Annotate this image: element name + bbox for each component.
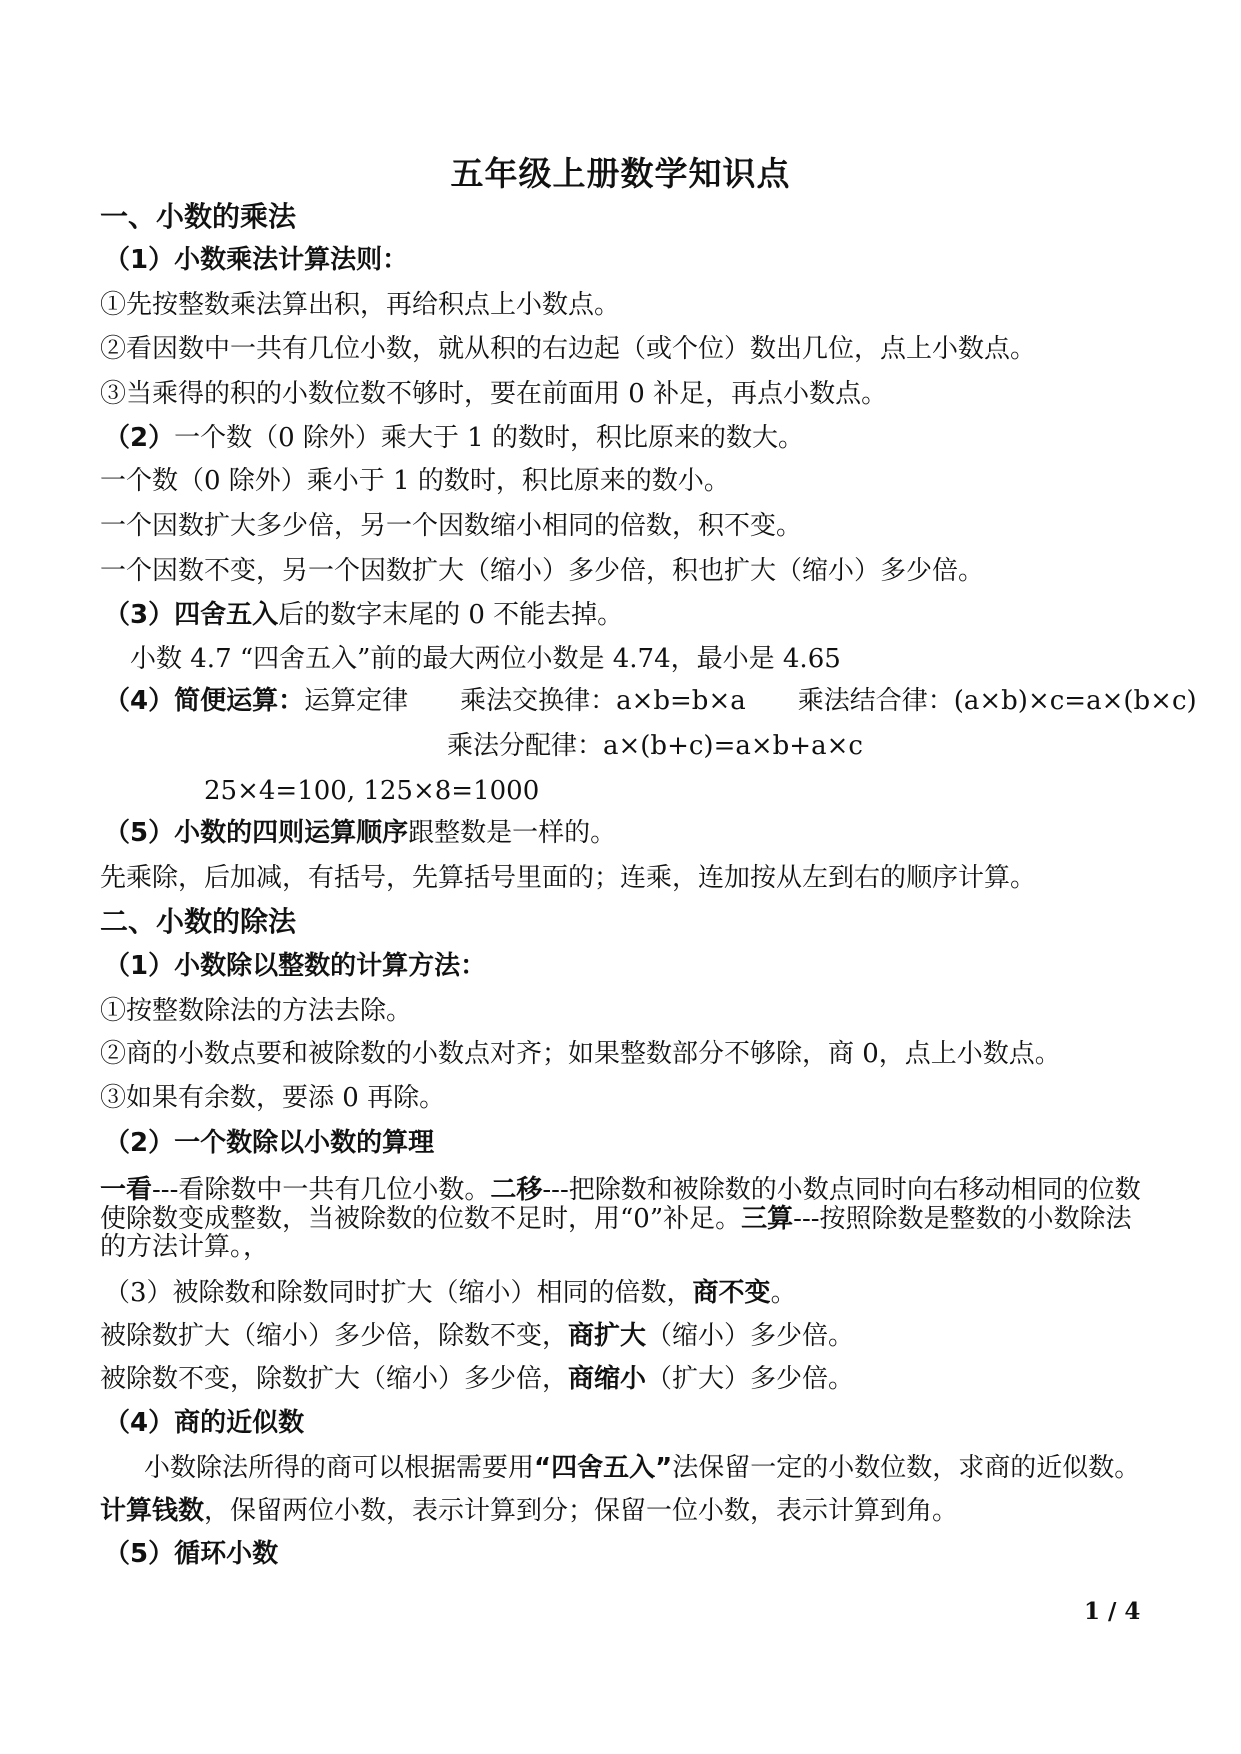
para-text: ---按照除数是整数的小数除法 (793, 1204, 1131, 1234)
rule-multiply-step-1: ①先按整数乘法算出积，再给积点上小数点。 (100, 291, 620, 321)
rule-multiply-step-3: ③当乘得的积的小数位数不够时，要在前面用 0 补足，再点小数点。 (100, 380, 887, 410)
rule-text: 被除数不变，除数扩大（缩小）多少倍， (100, 1364, 568, 1394)
formula-text: 乘法分配律：a×(b+c)=a×b+a×c (447, 731, 863, 761)
rule-text: 小数除法所得的商可以根据需要用 (144, 1453, 534, 1483)
rule-multiply-lt1: 一个数（0 除外）乘小于 1 的数时，积比原来的数小。 (100, 467, 730, 497)
rule-text: 一个数（0 除外）乘大于 1 的数时，积比原来的数大。 (174, 423, 804, 453)
rule-bold: 商扩大 (568, 1321, 646, 1351)
keyword-look: 一看 (100, 1175, 152, 1205)
para-text: ---把除数和被除数的小数点同时向右移动相同的位数 (542, 1175, 1140, 1205)
rule-text: ②看因数中一共有几位小数，就从积的右边起（或个位）数出几位，点上小数点。 (100, 334, 1036, 364)
rule-money-calculation: 计算钱数，保留两位小数，表示计算到分；保留一位小数，表示计算到角。 (100, 1497, 958, 1527)
rule-multiply-step-2: ②看因数中一共有几位小数，就从积的右边起（或个位）数出几位，点上小数点。 (100, 335, 1036, 365)
rule-bold: 商不变 (693, 1278, 771, 1308)
rule-number: （2） (104, 423, 174, 453)
rule-quotient-shrink: 被除数不变，除数扩大（缩小）多少倍，商缩小（扩大）多少倍。 (100, 1365, 854, 1395)
section-2-header: 二、小数的除法 (100, 906, 296, 938)
example-text: 小数 4.7 “四舍五入”前的最大两位小数是 4.74，最小是 4.65 (130, 644, 841, 674)
rule-text: 后的数字末尾的 0 不能去掉。 (278, 600, 623, 630)
rule-text: 跟整数是一样的。 (408, 818, 616, 848)
heading-approximate-quotient: （4）商的近似数 (104, 1409, 304, 1439)
heading-multiply-rule: （1）小数乘法计算法则： (104, 246, 408, 276)
heading-repeating-decimal: （5）循环小数 (104, 1540, 278, 1570)
formula-text: 25×4=100, 125×8=1000 (204, 776, 539, 806)
rule-laws-text: 运算定律 乘法交换律：a×b=b×a 乘法结合律：(a×b)×c=a×(b×c) (304, 686, 1197, 716)
para-text: 使除数变成整数，当被除数的位数不足时，用“0”补足。 (100, 1204, 741, 1234)
rule-text: ①先按整数乘法算出积，再给积点上小数点。 (100, 290, 620, 320)
rule-text-end: 。 (771, 1278, 797, 1308)
rule-text: 一个因数扩大多少倍，另一个因数缩小相同的倍数，积不变。 (100, 511, 802, 541)
rule-quotient-expand: 被除数扩大（缩小）多少倍，除数不变，商扩大（缩小）多少倍。 (100, 1322, 854, 1352)
rule-bold: 商缩小 (568, 1364, 646, 1394)
rule-divide-step-1: ①按整数除法的方法去除。 (100, 997, 412, 1027)
document-page: 五年级上册数学知识点 一、小数的乘法 （1）小数乘法计算法则： ①先按整数乘法算… (0, 0, 1241, 1754)
keyword-rounding: “四舍五入” (534, 1453, 672, 1483)
para-look-move-calc-line-3: 的方法计算。， (100, 1233, 269, 1263)
rule-order-bold: （5）小数的四则运算顺序 (104, 818, 408, 848)
formula-memorized-products: 25×4=100, 125×8=1000 (204, 777, 539, 807)
rule-approximate-quotient: 小数除法所得的商可以根据需要用“四舍五入”法保留一定的小数位数，求商的近似数。 (144, 1454, 1140, 1484)
section-1-header: 一、小数的乘法 (100, 201, 296, 233)
page-number: 1 / 4 (1084, 1598, 1140, 1625)
rule-factor-scale-same: 一个因数扩大多少倍，另一个因数缩小相同的倍数，积不变。 (100, 512, 802, 542)
formula-distributive-law: 乘法分配律：a×(b+c)=a×b+a×c (447, 732, 863, 762)
rule-divide-step-3: ③如果有余数，要添 0 再除。 (100, 1084, 445, 1114)
rule-text-end: （扩大）多少倍。 (646, 1364, 854, 1394)
rule-text: ③当乘得的积的小数位数不够时，要在前面用 0 补足，再点小数点。 (100, 379, 887, 409)
keyword-money: 计算钱数 (100, 1496, 204, 1526)
page-title: 五年级上册数学知识点 (0, 148, 1241, 195)
heading-text: （2）一个数除以小数的算理 (104, 1128, 434, 1158)
section-2-header-text: 二、小数的除法 (100, 905, 296, 938)
rule-text: ②商的小数点要和被除数的小数点对齐；如果整数部分不够除，商 0，点上小数点。 (100, 1039, 1061, 1069)
para-text: ---看除数中一共有几位小数。 (152, 1175, 490, 1205)
rule-operation-order: （5）小数的四则运算顺序跟整数是一样的。 (104, 819, 616, 849)
section-1-header-text: 一、小数的乘法 (100, 200, 296, 233)
para-look-move-calc-line-1: 一看---看除数中一共有几位小数。二移---把除数和被除数的小数点同时向右移动相… (100, 1176, 1141, 1206)
rule-order-detail: 先乘除，后加减，有括号，先算括号里面的；连乘，连加按从左到右的顺序计算。 (100, 864, 1036, 894)
rule-text: ，保留两位小数，表示计算到分；保留一位小数，表示计算到角。 (204, 1496, 958, 1526)
rule-quotient-unchanged: （3）被除数和除数同时扩大（缩小）相同的倍数，商不变。 (104, 1279, 797, 1309)
rule-text: （3）被除数和除数同时扩大（缩小）相同的倍数， (104, 1278, 693, 1308)
heading-multiply-rule-text: （1）小数乘法计算法则： (104, 245, 408, 275)
rule-multiply-gt1: （2）一个数（0 除外）乘大于 1 的数时，积比原来的数大。 (104, 424, 804, 454)
rule-text: 一个数（0 除外）乘小于 1 的数时，积比原来的数小。 (100, 466, 730, 496)
rule-divide-step-2: ②商的小数点要和被除数的小数点对齐；如果整数部分不够除，商 0，点上小数点。 (100, 1040, 1061, 1070)
example-rounding-4-7: 小数 4.7 “四舍五入”前的最大两位小数是 4.74，最小是 4.65 (130, 645, 841, 675)
rule-text: ①按整数除法的方法去除。 (100, 996, 412, 1026)
rule-rounding-zero: （3）四舍五入后的数字末尾的 0 不能去掉。 (104, 601, 623, 631)
heading-text: （5）循环小数 (104, 1539, 278, 1569)
para-text: 的方法计算。， (100, 1232, 269, 1262)
heading-divide-by-decimal: （2）一个数除以小数的算理 (104, 1129, 434, 1159)
rule-text-end: （缩小）多少倍。 (646, 1321, 854, 1351)
heading-text: （1）小数除以整数的计算方法： (104, 951, 486, 981)
rule-text: 一个因数不变，另一个因数扩大（缩小）多少倍，积也扩大（缩小）多少倍。 (100, 556, 984, 586)
rule-text-end: 法保留一定的小数位数，求商的近似数。 (672, 1453, 1140, 1483)
rule-shortcut-laws: （4）简便运算：运算定律 乘法交换律：a×b=b×a 乘法结合律：(a×b)×c… (104, 687, 1197, 717)
rule-factor-scale-product: 一个因数不变，另一个因数扩大（缩小）多少倍，积也扩大（缩小）多少倍。 (100, 557, 984, 587)
heading-text: （4）商的近似数 (104, 1408, 304, 1438)
keyword-move: 二移 (490, 1175, 542, 1205)
keyword-calc: 三算 (741, 1204, 793, 1234)
rule-rounding-bold: （3）四舍五入 (104, 600, 278, 630)
rule-shortcut-bold: （4）简便运算： (104, 686, 304, 716)
para-look-move-calc-line-2: 使除数变成整数，当被除数的位数不足时，用“0”补足。三算---按照除数是整数的小… (100, 1205, 1132, 1235)
rule-text: 被除数扩大（缩小）多少倍，除数不变， (100, 1321, 568, 1351)
rule-text: 先乘除，后加减，有括号，先算括号里面的；连乘，连加按从左到右的顺序计算。 (100, 863, 1036, 893)
heading-divide-by-integer: （1）小数除以整数的计算方法： (104, 952, 486, 982)
rule-text: ③如果有余数，要添 0 再除。 (100, 1083, 445, 1113)
